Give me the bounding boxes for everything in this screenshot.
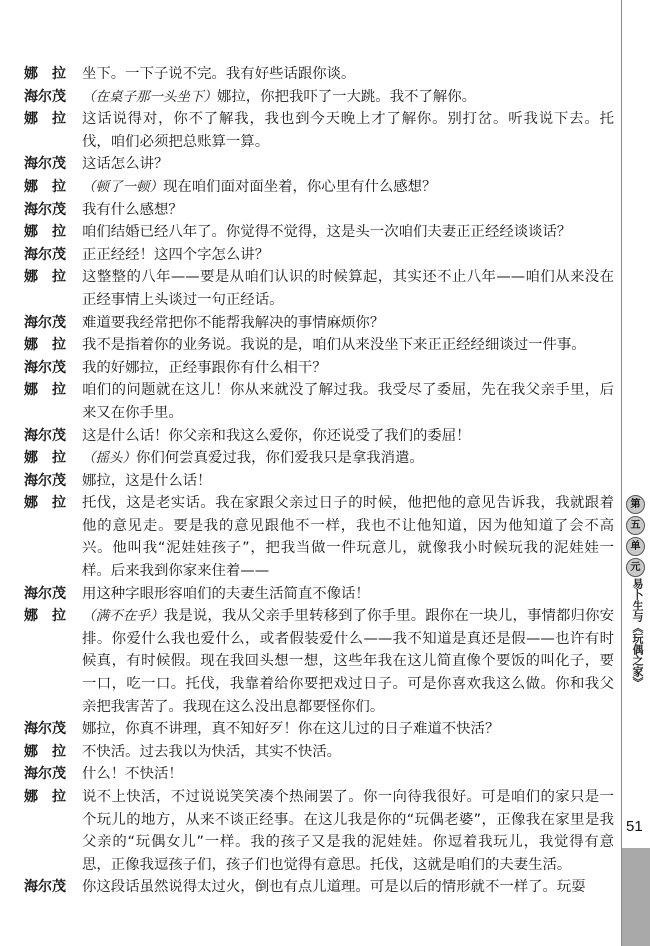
dialogue-entry: 娜 拉不快活。过去我以为快活，其实不快活。 [24, 741, 614, 764]
dialogue-text: 这是什么话！你父亲和我这么爱你，你还说受了我们的委屈！ [82, 428, 471, 444]
dialogue-text: 我有什么感想？ [82, 202, 183, 218]
dialogue-line: 说不上快活，不过说说笑笑凑个热闹罢了。你一向待我很好。可是咱们的家只是一个玩儿的… [82, 786, 614, 876]
dialogue-entry: 海尔茂难道要我经常把你不能帮我解决的事情麻烦你？ [24, 312, 614, 335]
unit-badge: 元 [626, 558, 645, 577]
speaker-name: 娜 拉 [24, 741, 82, 764]
speaker-name: 娜 拉 [24, 492, 82, 515]
speaker-name: 娜 拉 [24, 605, 82, 628]
dialogue-line: 你这段话虽然说得太过火，倒也有点儿道理。可是以后的情形就不一样了。玩耍 [82, 876, 614, 899]
speaker-name: 海尔茂 [24, 583, 82, 606]
speaker-name: 海尔茂 [24, 357, 82, 380]
speaker-name: 海尔茂 [24, 718, 82, 741]
dialogue-line: 正正经经！这四个字怎么讲？ [82, 244, 614, 267]
dialogue-entry: 娜 拉这整整的八年——要是从咱们认识的时候算起，其实还不止八年——咱们从来没在正… [24, 266, 614, 311]
dialogue-text: 你们何尝真爱过我，你们爱我只是拿我消遣。 [136, 450, 424, 466]
dialogue-line: 难道要我经常把你不能帮我解决的事情麻烦你？ [82, 312, 614, 335]
speaker-name: 海尔茂 [24, 763, 82, 786]
dialogue-text: 坐下。一下子说不完。我有好些话跟你谈。 [82, 66, 355, 82]
dialogue-text: 这话说得对，你不了解我，我也到今天晚上才了解你。别打岔。听我说下去。托伐，咱们必… [82, 111, 614, 150]
dialogue-text: 这话怎么讲？ [82, 156, 168, 172]
page-number: 51 [626, 818, 643, 835]
speaker-name: 娜 拉 [24, 334, 82, 357]
dialogue-line: 娜拉，这是什么话！ [82, 470, 614, 493]
dialogue-line: 托伐，这是老实话。我在家跟父亲过日子的时候，他把他的意见告诉我，我就跟着他的意见… [82, 492, 614, 582]
dialogue-text: 你这段话虽然说得太过火，倒也有点儿道理。可是以后的情形就不一样了。玩耍 [82, 879, 586, 895]
dialogue-line: 不快活。过去我以为快活，其实不快活。 [82, 741, 614, 764]
dialogue-entry: 娜 拉托伐，这是老实话。我在家跟父亲过日子的时候，他把他的意见告诉我，我就跟着他… [24, 492, 614, 582]
dialogue-line: 娜拉，你真不讲理，真不知好歹！你在这儿过的日子难道不快活？ [82, 718, 614, 741]
dialogue-line: 这话怎么讲？ [82, 153, 614, 176]
speaker-name: 娜 拉 [24, 379, 82, 402]
unit-badge: 单 [626, 537, 645, 556]
speaker-name: 娜 拉 [24, 447, 82, 470]
dialogue-text: 正正经经！这四个字怎么讲？ [82, 247, 269, 263]
speaker-name: 海尔茂 [24, 470, 82, 493]
dialogue-text: 娜拉，你真不讲理，真不知好歹！你在这儿过的日子难道不快活？ [82, 721, 499, 737]
dialogue-line: 这话说得对，你不了解我，我也到今天晚上才了解你。别打岔。听我说下去。托伐，咱们必… [82, 108, 614, 153]
speaker-name: 娜 拉 [24, 266, 82, 289]
dialogue-entry: 海尔茂娜拉，这是什么话！ [24, 470, 614, 493]
dialogue-line: （在桌子那一头坐下）娜拉，你把我吓了一大跳。我不了解你。 [82, 86, 614, 109]
speaker-name: 娜 拉 [24, 786, 82, 809]
dialogue-line: 我有什么感想？ [82, 199, 614, 222]
speaker-name: 娜 拉 [24, 108, 82, 131]
dialogue-text: 托伐，这是老实话。我在家跟父亲过日子的时候，他把他的意见告诉我，我就跟着他的意见… [82, 495, 614, 579]
dialogue-text: 咱们的问题就在这儿！你从来就没了解过我。我受尽了委屈，先在我父亲手里，后来又在你… [82, 382, 614, 421]
dialogue-entry: 海尔茂什么！不快活！ [24, 763, 614, 786]
speaker-name: 海尔茂 [24, 86, 82, 109]
dialogue-text: 现在咱们面对面坐着，你心里有什么感想？ [163, 179, 436, 195]
dialogue-text: 娜拉，这是什么话！ [82, 473, 212, 489]
dialogue-entry: 娜 拉（顿了一顿）现在咱们面对面坐着，你心里有什么感想？ [24, 176, 614, 199]
stage-direction: （在桌子那一头坐下） [82, 89, 217, 105]
dialogue-text: 难道要我经常把你不能帮我解决的事情麻烦你？ [82, 315, 384, 331]
dialogue-entry: 娜 拉咱们的问题就在这儿！你从来就没了解过我。我受尽了委屈，先在我父亲手里，后来… [24, 379, 614, 424]
dialogue-entry: 海尔茂这是什么话！你父亲和我这么爱你，你还说受了我们的委屈！ [24, 425, 614, 448]
dialogue-line: （摇头）你们何尝真爱过我，你们爱我只是拿我消遣。 [82, 447, 614, 470]
speaker-name: 娜 拉 [24, 176, 82, 199]
dialogue-entry: 海尔茂（在桌子那一头坐下）娜拉，你把我吓了一大跳。我不了解你。 [24, 86, 614, 109]
speaker-name: 娜 拉 [24, 221, 82, 244]
speaker-name: 海尔茂 [24, 153, 82, 176]
dialogue-entry: 娜 拉说不上快活，不过说说笑笑凑个热闹罢了。你一向待我很好。可是咱们的家只是一个… [24, 786, 614, 876]
dialogue-entry: 海尔茂我的好娜拉，正经事跟你有什么相干？ [24, 357, 614, 380]
page-edge-tab [622, 848, 650, 946]
dialogue-entry: 娜 拉咱们结婚已经八年了。你觉得不觉得，这是头一次咱们夫妻正正经经谈谈话？ [24, 221, 614, 244]
dialogue-text: 我不是指着你的业务说。我说的是，咱们从来没坐下来正正经经细谈过一件事。 [82, 337, 586, 353]
dialogue-line: （满不在乎）我是说，我从父亲手里转移到了你手里。跟你在一块儿，事情都归你安排。你… [82, 605, 614, 718]
speaker-name: 海尔茂 [24, 199, 82, 222]
dialogue-script: 娜 拉坐下。一下子说不完。我有好些话跟你谈。海尔茂（在桌子那一头坐下）娜拉，你把… [24, 63, 614, 899]
dialogue-text: 这整整的八年——要是从咱们认识的时候算起，其实还不止八年——咱们从来没在正经事情… [82, 269, 614, 308]
speaker-name: 海尔茂 [24, 425, 82, 448]
dialogue-text: 什么！不快活！ [82, 766, 183, 782]
stage-direction: （满不在乎） [82, 608, 164, 624]
chapter-title: 易卜生与《玩偶之家》 [630, 578, 644, 688]
dialogue-entry: 娜 拉这话说得对，你不了解我，我也到今天晚上才了解你。别打岔。听我说下去。托伐，… [24, 108, 614, 153]
dialogue-text: 说不上快活，不过说说笑笑凑个热闹罢了。你一向待我很好。可是咱们的家只是一个玩儿的… [82, 789, 614, 873]
speaker-name: 海尔茂 [24, 244, 82, 267]
dialogue-text: 娜拉，你把我吓了一大跳。我不了解你。 [217, 89, 476, 105]
dialogue-entry: 海尔茂我有什么感想？ [24, 199, 614, 222]
stage-direction: （顿了一顿） [82, 179, 163, 195]
dialogue-line: 咱们的问题就在这儿！你从来就没了解过我。我受尽了委屈，先在我父亲手里，后来又在你… [82, 379, 614, 424]
dialogue-entry: 海尔茂娜拉，你真不讲理，真不知好歹！你在这儿过的日子难道不快活？ [24, 718, 614, 741]
dialogue-entry: 娜 拉我不是指着你的业务说。我说的是，咱们从来没坐下来正正经经细谈过一件事。 [24, 334, 614, 357]
dialogue-text: 不快活。过去我以为快活，其实不快活。 [82, 744, 341, 760]
dialogue-line: 坐下。一下子说不完。我有好些话跟你谈。 [82, 63, 614, 86]
stage-direction: （摇头） [82, 450, 136, 466]
dialogue-entry: 海尔茂这话怎么讲？ [24, 153, 614, 176]
dialogue-line: 我不是指着你的业务说。我说的是，咱们从来没坐下来正正经经细谈过一件事。 [82, 334, 614, 357]
dialogue-line: 我的好娜拉，正经事跟你有什么相干？ [82, 357, 614, 380]
dialogue-line: 这整整的八年——要是从咱们认识的时候算起，其实还不止八年——咱们从来没在正经事情… [82, 266, 614, 311]
dialogue-text: 我的好娜拉，正经事跟你有什么相干？ [82, 360, 327, 376]
unit-badges: 第 五 单 元 [626, 495, 648, 579]
dialogue-entry: 娜 拉坐下。一下子说不完。我有好些话跟你谈。 [24, 63, 614, 86]
dialogue-entry: 娜 拉（满不在乎）我是说，我从父亲手里转移到了你手里。跟你在一块儿，事情都归你安… [24, 605, 614, 718]
dialogue-line: （顿了一顿）现在咱们面对面坐着，你心里有什么感想？ [82, 176, 614, 199]
dialogue-text: 用这种字眼形容咱们的夫妻生活简直不像话！ [82, 586, 370, 602]
speaker-name: 海尔茂 [24, 876, 82, 899]
dialogue-entry: 海尔茂你这段话虽然说得太过火，倒也有点儿道理。可是以后的情形就不一样了。玩耍 [24, 876, 614, 899]
dialogue-entry: 娜 拉（摇头）你们何尝真爱过我，你们爱我只是拿我消遣。 [24, 447, 614, 470]
unit-badge: 五 [626, 516, 645, 535]
speaker-name: 娜 拉 [24, 63, 82, 86]
margin-rule [621, 0, 622, 946]
dialogue-text: 咱们结婚已经八年了。你觉得不觉得，这是头一次咱们夫妻正正经经谈谈话？ [82, 224, 571, 240]
dialogue-line: 这是什么话！你父亲和我这么爱你，你还说受了我们的委屈！ [82, 425, 614, 448]
speaker-name: 海尔茂 [24, 312, 82, 335]
unit-badge: 第 [626, 495, 645, 514]
dialogue-line: 什么！不快活！ [82, 763, 614, 786]
dialogue-line: 用这种字眼形容咱们的夫妻生活简直不像话！ [82, 583, 614, 606]
dialogue-entry: 海尔茂正正经经！这四个字怎么讲？ [24, 244, 614, 267]
dialogue-entry: 海尔茂用这种字眼形容咱们的夫妻生活简直不像话！ [24, 583, 614, 606]
book-page: 第 五 单 元 易卜生与《玩偶之家》 51 娜 拉坐下。一下子说不完。我有好些话… [0, 0, 650, 946]
dialogue-line: 咱们结婚已经八年了。你觉得不觉得，这是头一次咱们夫妻正正经经谈谈话？ [82, 221, 614, 244]
